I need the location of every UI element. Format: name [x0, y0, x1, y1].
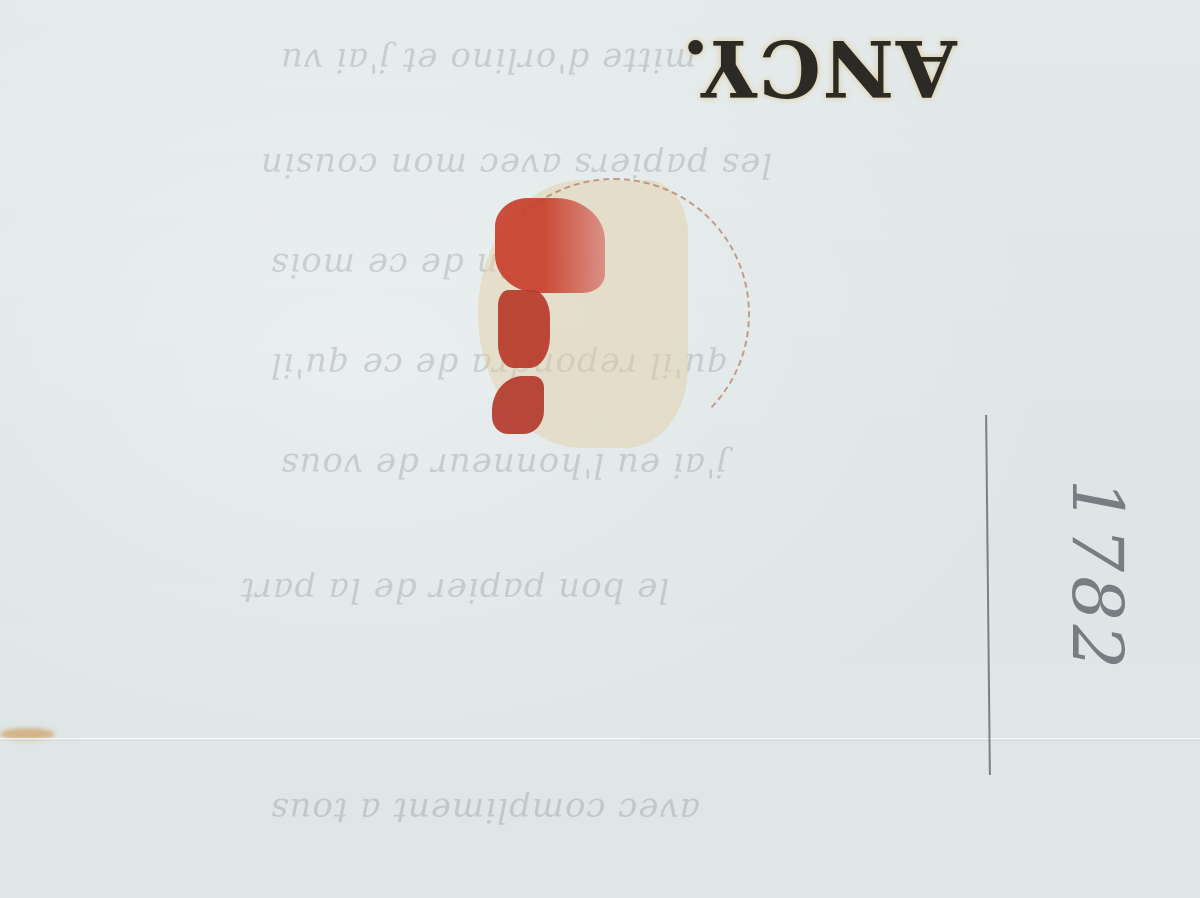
- letter-sheet: mitte d'orlino et j'ai vu les papiers av…: [0, 0, 1200, 898]
- bleed-through-text: j'ai eu l'honneur de vous: [280, 445, 727, 485]
- bleed-through-text: avec compliment a tous: [270, 790, 700, 830]
- bleed-through-text: mitte d'orlino et j'ai vu: [280, 40, 697, 80]
- pencil-line: [985, 415, 991, 775]
- postmark-stamp: ANCY.: [680, 28, 957, 106]
- pencil-notation: 1782: [1056, 479, 1138, 673]
- wax-seal-fragment: [498, 290, 550, 368]
- bleed-through-text: le bon papier de la part: [240, 570, 669, 610]
- fold-crease: [0, 738, 1200, 741]
- wax-seal-fragment: [495, 198, 605, 293]
- bleed-through-text: les papiers avec mon cousin: [260, 145, 772, 185]
